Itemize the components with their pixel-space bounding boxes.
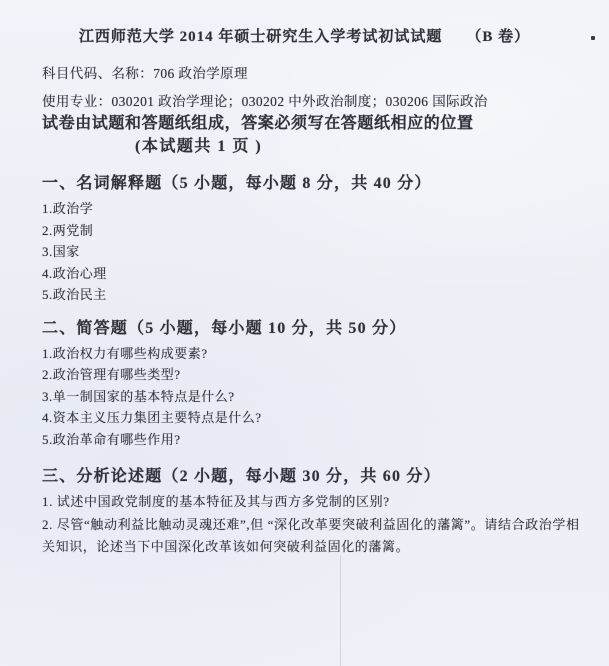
majors-line: 使用专业：030201 政治学理论；030202 中外政治制度；030206 国… xyxy=(42,94,583,110)
section-3-heading: 三、分析论述题（2 小题，每小题 30 分，共 60 分） xyxy=(42,466,583,487)
subject-code-line: 科目代码、名称：706 政治学原理 xyxy=(42,66,583,82)
exam-title-row: 江西师范大学 2014 年硕士研究生入学考试初试试题 （B 卷） xyxy=(0,26,609,48)
question-item: 1. 试述中国政党制度的基本特征及其与西方多党制的区别? xyxy=(42,491,582,514)
exam-paper-page: 江西师范大学 2014 年硕士研究生入学考试初试试题 （B 卷） 科目代码、名称… xyxy=(0,0,609,666)
question-item: 4.政治心理 xyxy=(42,263,583,285)
ink-dot-artifact xyxy=(591,36,595,40)
question-item: 1.政治学 xyxy=(42,198,583,220)
scanner-line-artifact xyxy=(340,556,341,666)
question-item: 3.国家 xyxy=(42,241,583,263)
exam-title: 江西师范大学 2014 年硕士研究生入学考试初试试题 xyxy=(79,26,443,48)
page-count-note: (本试题共 1 页 ) xyxy=(42,137,583,157)
question-item: 5.政治革命有哪些作用? xyxy=(42,429,583,451)
question-item: 2.政治管理有哪些类型? xyxy=(42,364,583,386)
question-item: 5.政治民主 xyxy=(42,284,583,306)
question-item: 2. 尽管“触动利益比触动灵魂还难”,但 “深化改革要突破利益固化的藩篱”。请结… xyxy=(42,514,582,559)
section-2-heading: 二、简答题（5 小题，每小题 10 分，共 50 分） xyxy=(42,318,583,339)
question-item: 2.两党制 xyxy=(42,220,583,242)
section-2-items: 1.政治权力有哪些构成要素? 2.政治管理有哪些类型? 3.单一制国家的基本特点… xyxy=(42,343,583,451)
exam-body: 科目代码、名称：706 政治学原理 使用专业：030201 政治学理论；0302… xyxy=(0,66,609,559)
question-item: 1.政治权力有哪些构成要素? xyxy=(42,343,583,365)
paper-version-label: （B 卷） xyxy=(466,26,530,48)
section-1-items: 1.政治学 2.两党制 3.国家 4.政治心理 5.政治民主 xyxy=(42,198,583,306)
answer-sheet-instruction: 试卷由试题和答题纸组成，答案必须写在答题纸相应的位置 xyxy=(42,114,583,134)
question-item: 3.单一制国家的基本特点是什么? xyxy=(42,386,583,408)
question-item: 4.资本主义压力集团主要特点是什么? xyxy=(42,407,583,429)
section-1-heading: 一、名词解释题（5 小题，每小题 8 分，共 40 分） xyxy=(42,173,583,194)
section-3-items: 1. 试述中国政党制度的基本特征及其与西方多党制的区别? 2. 尽管“触动利益比… xyxy=(42,491,583,559)
